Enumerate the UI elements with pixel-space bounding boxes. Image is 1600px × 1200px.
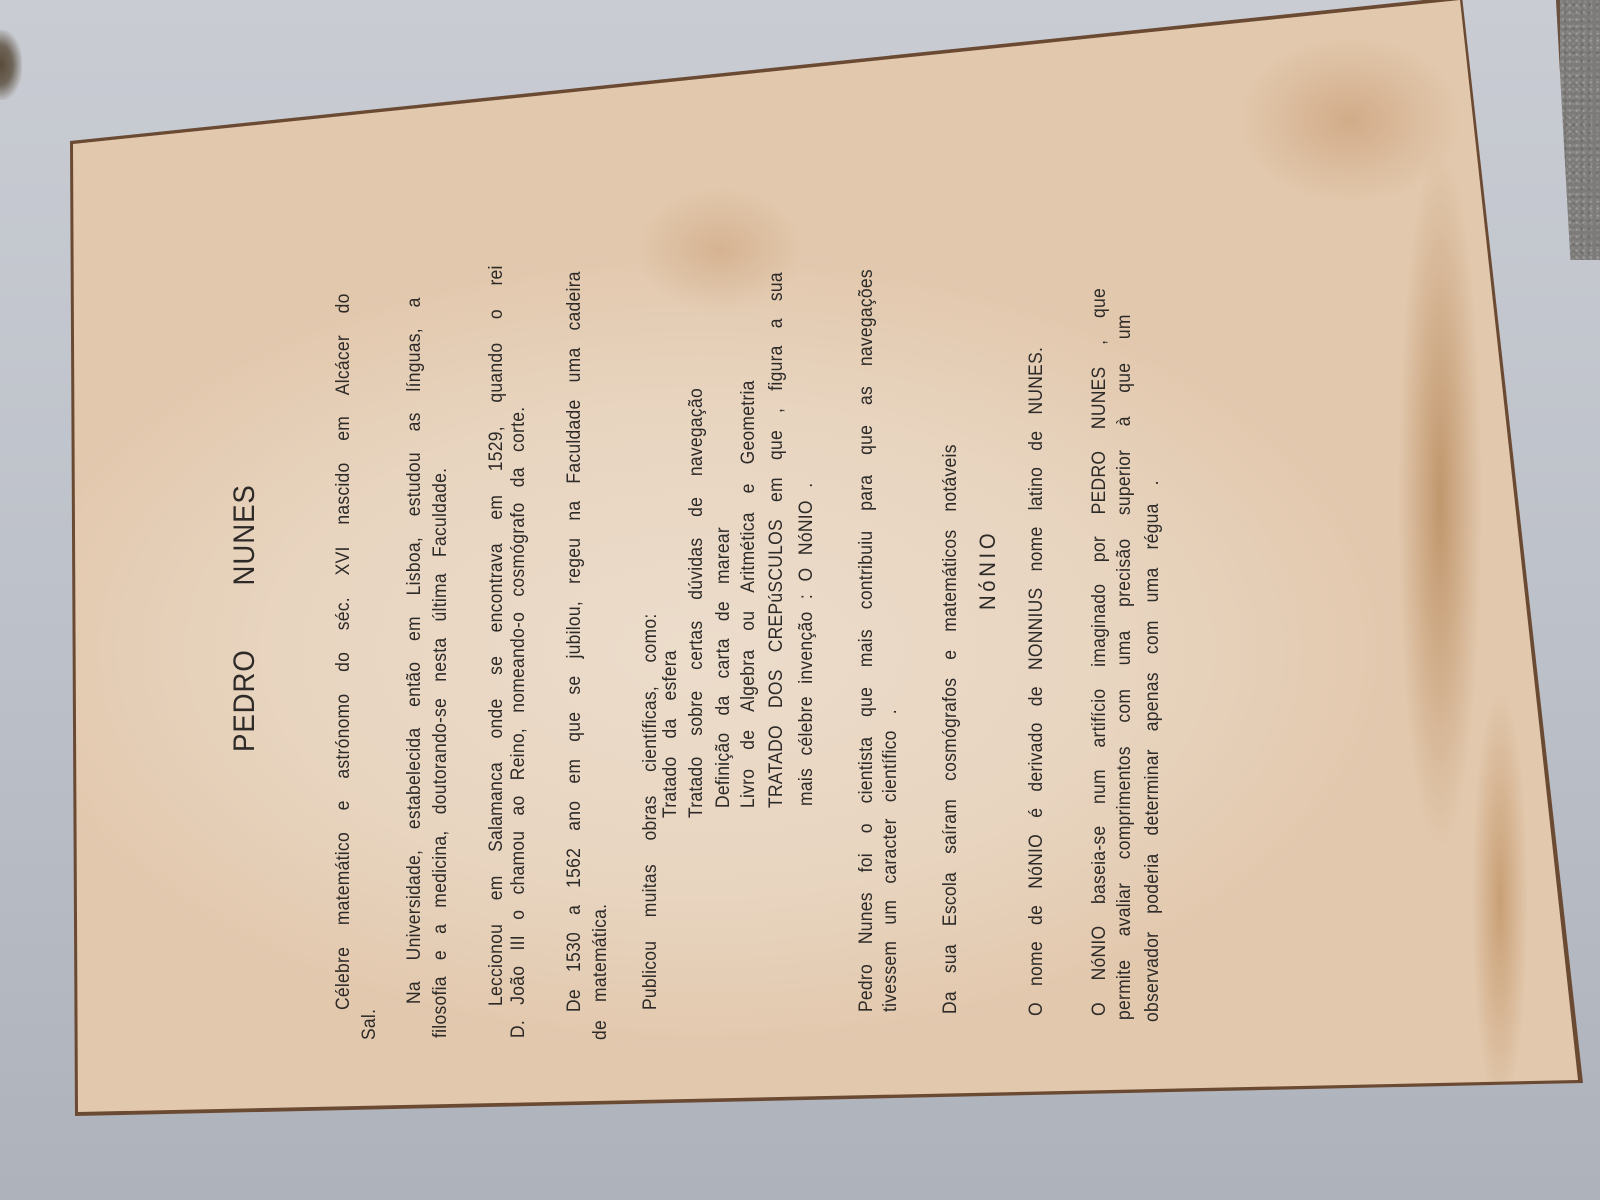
section-heading: NóNIO [975,530,1001,610]
paragraph-line: permite avaliar comprimentos com uma pre… [1114,314,1136,1020]
document-page: PEDRO NUNES Célebre matemático e astróno… [0,0,1600,1200]
paragraph-line: Da sua Escola saíram cosmógrafos e matem… [940,444,962,1014]
paragraph-line: Sal. [359,1009,381,1040]
paragraph-line: O NóNIO baseia-se num artifício imaginad… [1089,288,1111,1016]
paragraph-line: D. João III o chamou ao Reino, nomeando-… [508,407,530,1038]
works-list-item: Tratado da esfera [660,650,682,818]
works-list-item: TRATADO DOS CREPúSCULOS em que , figura … [766,272,788,808]
works-list-item: Tratado sobre certas dúvidas de navegaçã… [686,388,708,818]
paragraph-line: O nome de NóNIO é derivado de NONNIUS no… [1026,347,1048,1016]
paragraph-line: observador poderia determinar apenas com… [1142,480,1164,1022]
paragraph-line: de matemática. [590,904,612,1040]
works-list-item: Livro de Algebra ou Aritmética e Geometr… [738,380,760,808]
paragraph-line: De 1530 a 1562 ano em que se jubilou, re… [564,271,586,1012]
paragraph-line: Na Universidade, estabelecida então em L… [404,297,426,1004]
object-shadow [0,30,22,100]
paragraph-line: tivessem um caracter científico . [880,709,902,1012]
paragraph-line: filosofia e a medicina, doutorando-se ne… [430,468,452,1038]
page-title: PEDRO NUNES [228,484,262,752]
paragraph-line: Leccionou em Salamanca onde se encontrav… [486,265,508,1006]
paragraph-line: Célebre matemático e astrónomo do séc. X… [333,293,355,1010]
works-list-item: mais célebre invenção : O NóNIO . [796,483,818,806]
paragraph-line: Pedro Nunes foi o cientista que mais con… [856,269,878,1012]
granite-surface [1556,0,1600,260]
paragraph-line: Publicou muitas obras científicas, como: [640,613,662,1010]
works-list-item: Definição da carta de marear [713,527,735,808]
